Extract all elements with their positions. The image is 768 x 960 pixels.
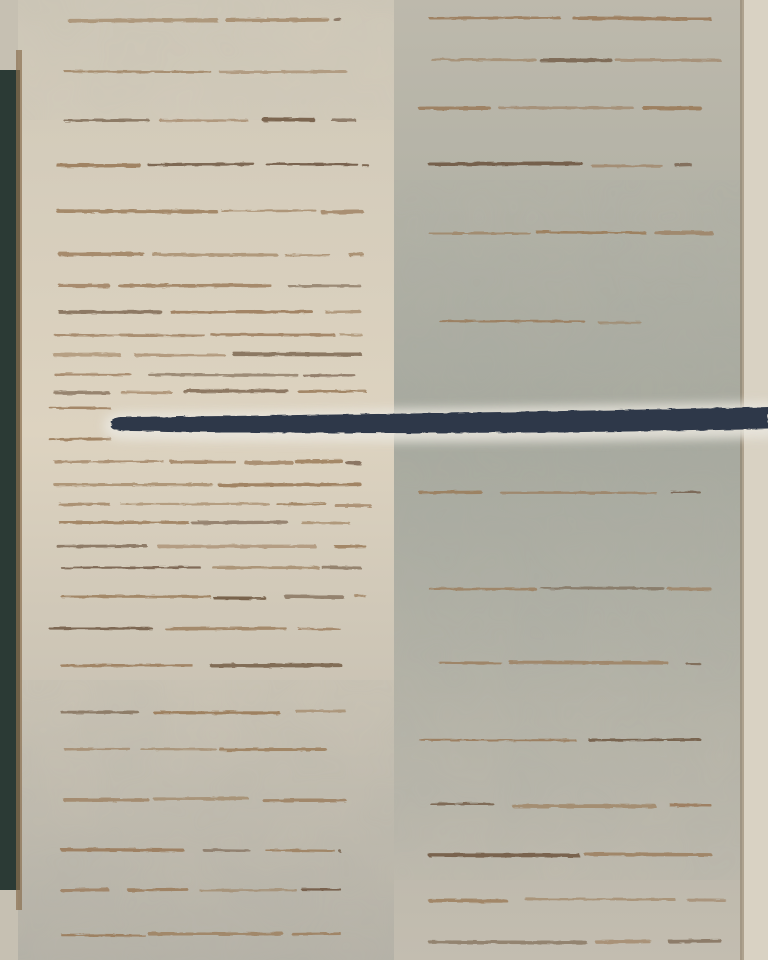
painting-surface xyxy=(0,0,768,960)
abstract-painting xyxy=(0,0,768,960)
